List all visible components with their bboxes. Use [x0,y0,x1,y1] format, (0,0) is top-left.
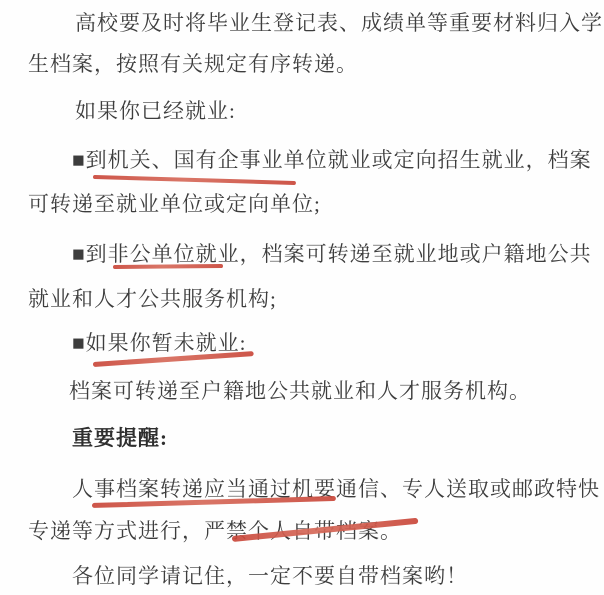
bullet-line: ■到非公单位就业，档案可转递至就业地或户籍地公共 [72,243,592,266]
paragraph-line: 档案可转递至户籍地公共就业和人才服务机构。 [69,380,531,403]
paragraph-line: 生档案，按照有关规定有序转递。 [28,53,358,76]
red-underline-mark [93,175,296,185]
paragraph-line: 专递等方式进行，严禁个人自带档案。 [28,520,402,543]
paragraph-line: 就业和人才公共服务机构; [28,288,277,311]
bullet-line: ■如果你暂未就业: [72,332,247,355]
bullet-line: ■到机关、国有企事业单位就业或定向招生就业，档案 [72,149,592,172]
red-underline-mark [113,264,223,269]
paragraph-line: 各位同学请记住，一定不要自带档案哟！ [72,565,468,588]
paragraph-line: 可转递至就业单位或定向单位; [28,193,321,216]
document-page: 高校要及时将毕业生登记表、成绩单等重要材料归入学 生档案，按照有关规定有序转递。… [0,0,604,595]
paragraph-line: 如果你已经就业: [75,100,236,123]
section-heading: 重要提醒: [72,427,168,450]
paragraph-line: 高校要及时将毕业生登记表、成绩单等重要材料归入学 [75,12,603,35]
paragraph-line: 人事档案转递应当通过机要通信、专人送取或邮政特快 [72,478,600,501]
